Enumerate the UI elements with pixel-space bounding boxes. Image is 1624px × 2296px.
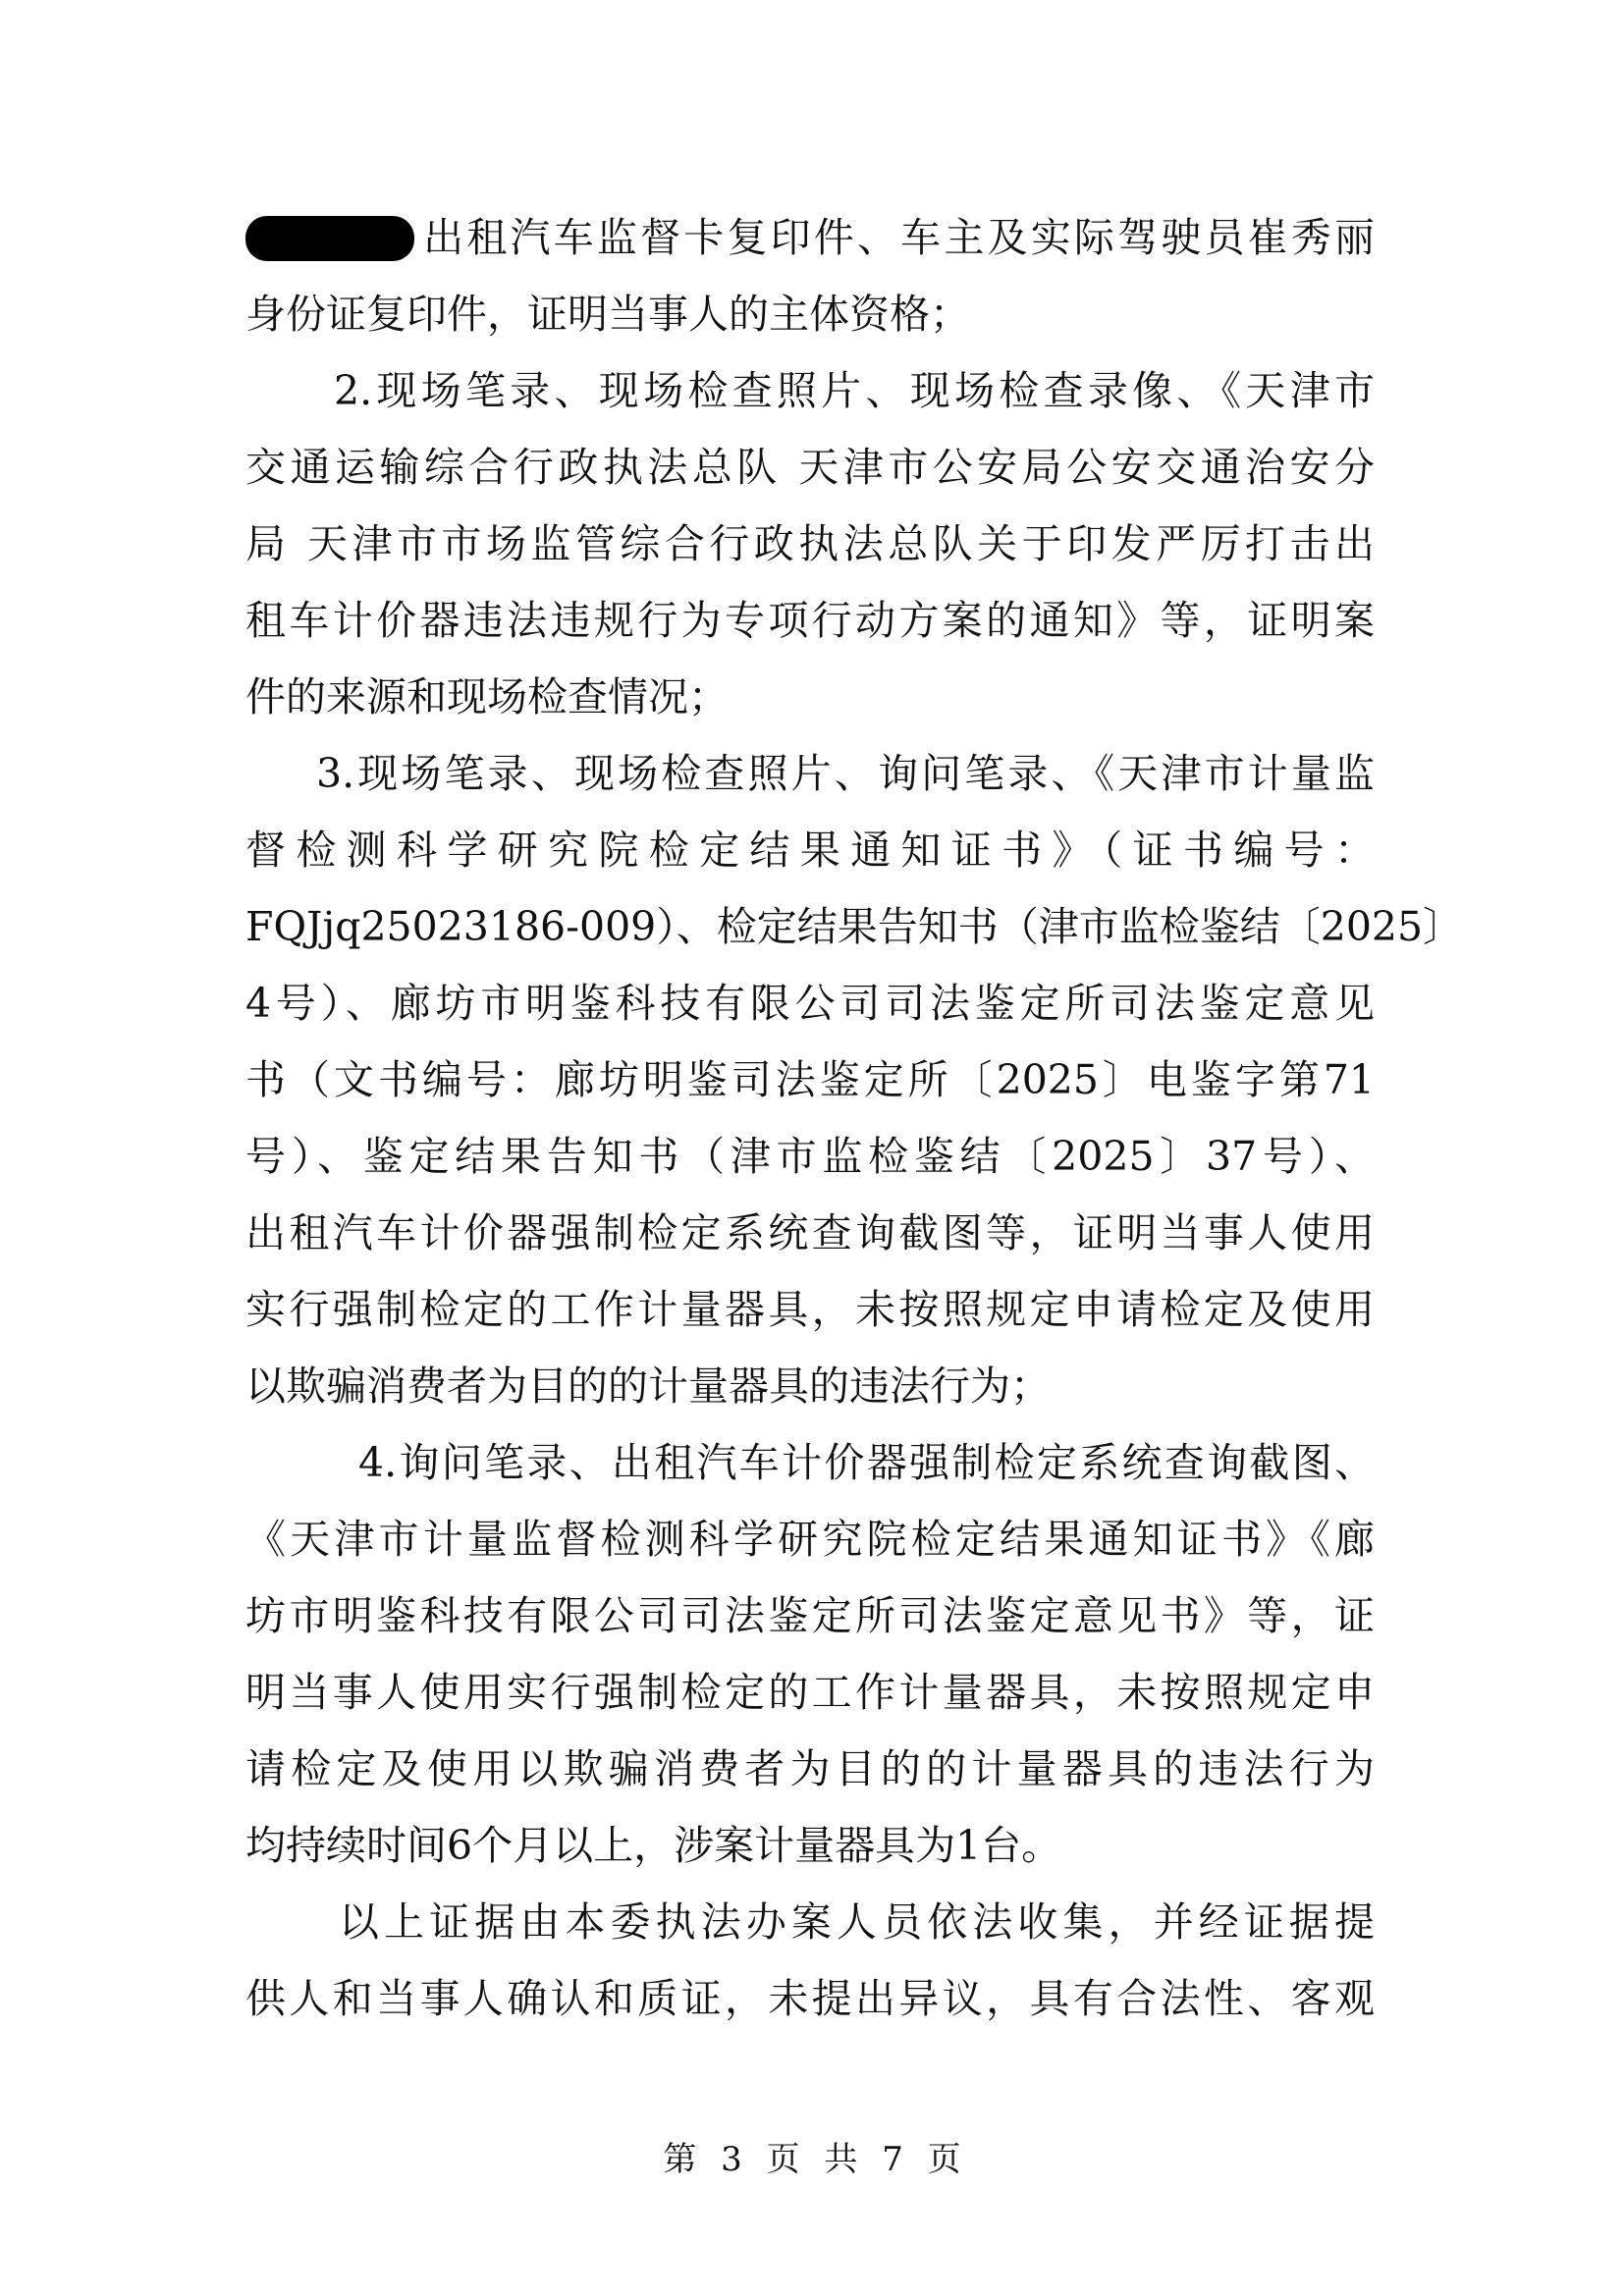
text-line: 交通运输综合行政执法总队 天津市公安局公安交通治安分 <box>245 429 1375 506</box>
paragraph-3-start: 3.现场笔录、现场检查照片、询问笔录、《天津市计量监 <box>245 735 1375 812</box>
text-line: 坊市明鉴科技有限公司司法鉴定所司法鉴定意见书》等，证 <box>245 1577 1375 1654</box>
text-line: 明当事人使用实行强制检定的工作计量器具，未按照规定申 <box>245 1654 1375 1731</box>
text-line: 局 天津市市场监管综合行政执法总队关于印发严厉打击出 <box>245 506 1375 582</box>
text-line: 《天津市计量监督检测科学研究院检定结果通知证书》《廊 <box>245 1501 1375 1577</box>
document-body: 出租汽车监督卡复印件、车主及实际驾驶员崔秀丽 身份证复印件，证明当事人的主体资格… <box>245 199 1375 2037</box>
text-line: 号）、鉴定结果告知书（津市监检鉴结〔2025〕37号）、 <box>245 1118 1375 1195</box>
text-line: 实行强制检定的工作计量器具，未按照规定申请检定及使用 <box>245 1271 1375 1348</box>
page-number-footer: 第 3 页 共 7 页 <box>0 2132 1624 2180</box>
text-line: 以欺骗消费者为目的的计量器具的违法行为； <box>245 1348 1375 1424</box>
text-line: 4号）、廊坊市明鉴科技有限公司司法鉴定所司法鉴定意见 <box>245 965 1375 1041</box>
text-line: 供人和当事人确认和质证，未提出异议，具有合法性、客观 <box>245 1960 1375 2037</box>
text-line: 书（文书编号：廊坊明鉴司法鉴定所〔2025〕电鉴字第71 <box>245 1041 1375 1118</box>
redaction-block <box>245 216 414 261</box>
text-line: FQJjq25023186-009）、检定结果告知书（津市监检鉴结〔2025〕 <box>245 888 1375 965</box>
text-line: 出租汽车计价器强制检定系统查询截图等，证明当事人使用 <box>245 1195 1375 1271</box>
paragraph-5-start: 以上证据由本委执法办案人员依法收集，并经证据提 <box>245 1884 1375 1960</box>
text-line: 身份证复印件，证明当事人的主体资格； <box>245 276 1375 352</box>
text-line: 均持续时间6个月以上，涉案计量器具为1台。 <box>245 1807 1375 1884</box>
paragraph-2-start: 2.现场笔录、现场检查照片、现场检查录像、《天津市 <box>245 352 1375 429</box>
document-page: 出租汽车监督卡复印件、车主及实际驾驶员崔秀丽 身份证复印件，证明当事人的主体资格… <box>0 0 1624 2296</box>
text-line: 租车计价器违法违规行为专项行动方案的通知》等，证明案 <box>245 582 1375 659</box>
text-line: 督检测科学研究院检定结果通知证书》（证书编号： <box>245 812 1375 888</box>
text-line: 件的来源和现场检查情况； <box>245 659 1375 735</box>
text-line: 请检定及使用以欺骗消费者为目的的计量器具的违法行为 <box>245 1731 1375 1807</box>
text-line: 出租汽车监督卡复印件、车主及实际驾驶员崔秀丽 <box>245 199 1375 276</box>
paragraph-4-start: 4.询问笔录、出租汽车计价器强制检定系统查询截图、 <box>245 1424 1375 1501</box>
